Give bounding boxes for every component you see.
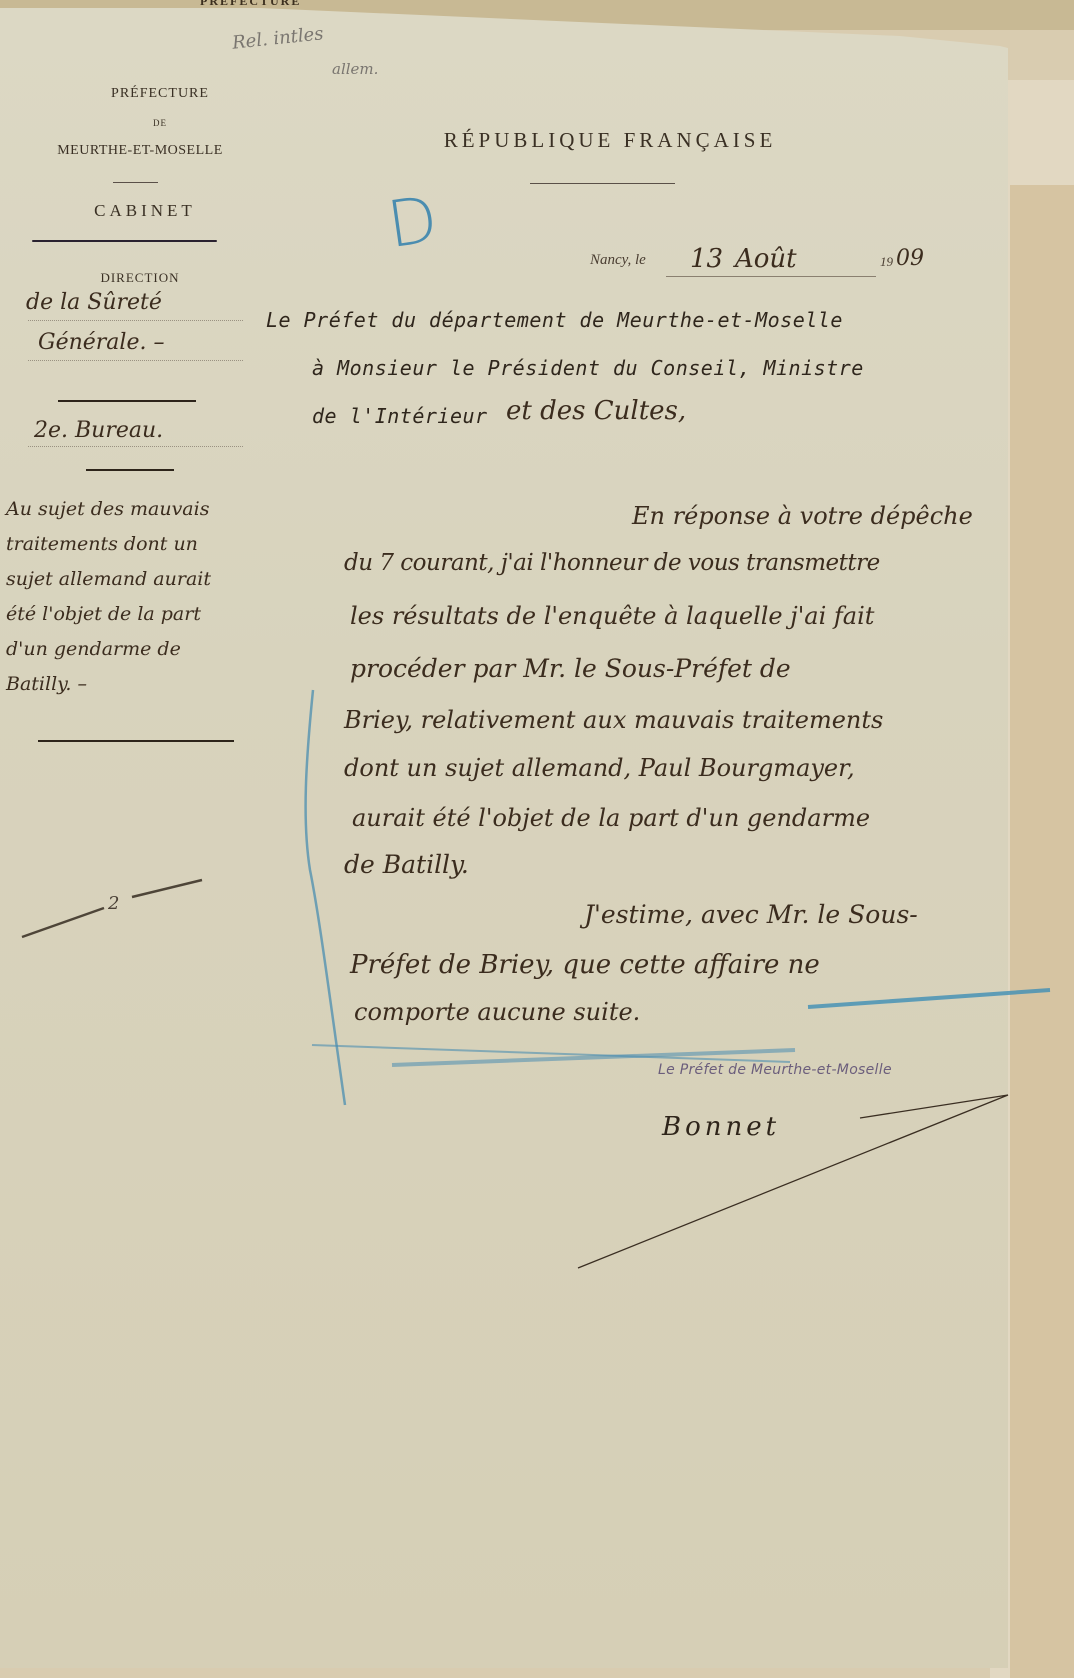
blue-pencil-underline bbox=[808, 990, 1050, 1007]
signature-flourish bbox=[578, 1095, 1008, 1268]
blue-pencil-bracket bbox=[306, 690, 345, 1105]
ink-strokes-overlay bbox=[0, 0, 1074, 1678]
page-marker-dashes bbox=[22, 880, 202, 937]
blue-pencil-underline bbox=[392, 1050, 795, 1065]
